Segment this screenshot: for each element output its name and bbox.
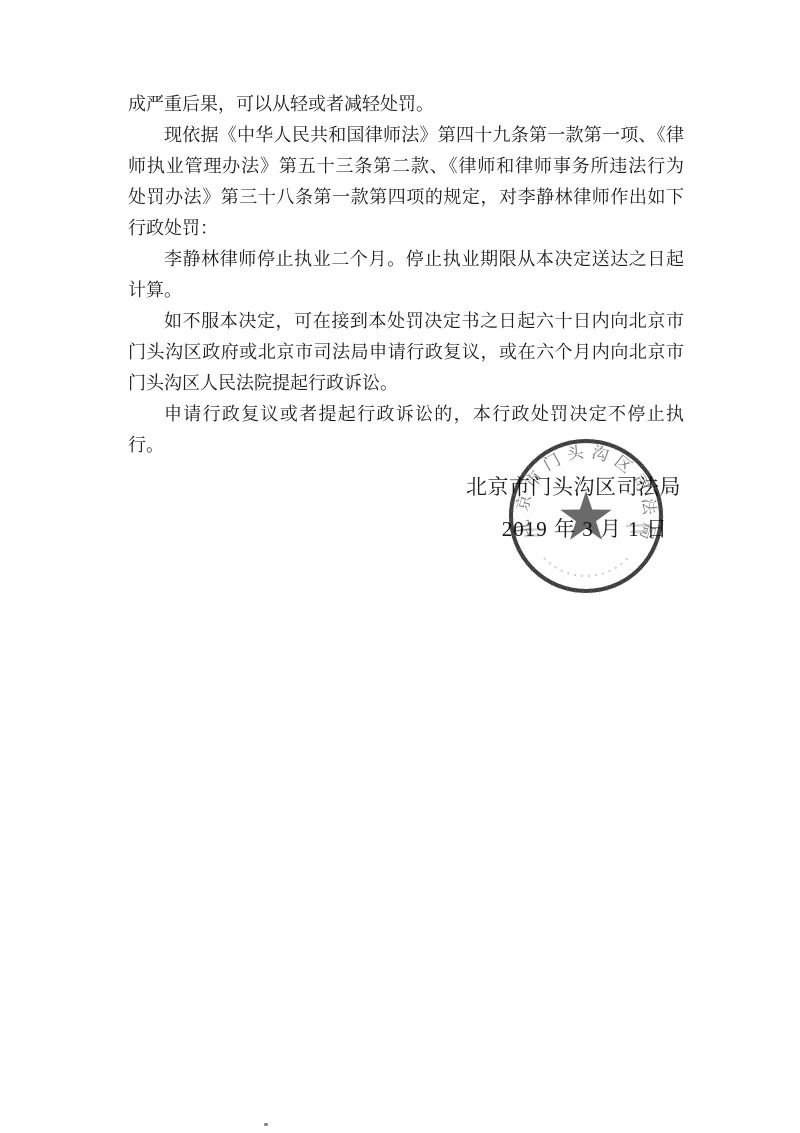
text-line: 计算。 [128, 275, 684, 306]
text-line: 现依据《中华人民共和国律师法》第四十九条第一款第一项、《律 [128, 120, 684, 151]
text-line: 如不服本决定，可在接到本处罚决定书之日起六十日内向北京市 [128, 306, 684, 337]
issue-date: 2019 年 3 月 1 日 [502, 518, 668, 540]
text-line: 门头沟区政府或北京市司法局申请行政复议，或在六个月内向北京市 [128, 337, 684, 368]
seal-bottom-dots [544, 558, 628, 576]
text-line: 成严重后果，可以从轻或者减轻处罚。 [128, 89, 684, 120]
seal-ring [511, 441, 661, 591]
paragraph: 如不服本决定，可在接到本处罚决定书之日起六十日内向北京市门头沟区政府或北京市司法… [128, 306, 684, 399]
text-line: 行。 [128, 430, 684, 461]
paragraph: 成严重后果，可以从轻或者减轻处罚。 [128, 89, 684, 120]
scan-speck [264, 1123, 268, 1126]
text-line: 师执业管理办法》第五十三条第二款、《律师和律师事务所违法行为 [128, 151, 684, 182]
text-line: 李静林律师停止执业二个月。停止执业期限从本决定送达之日起 [128, 244, 684, 275]
document-page: 成严重后果，可以从轻或者减轻处罚。现依据《中华人民共和国律师法》第四十九条第一款… [0, 0, 800, 1133]
paragraph: 申请行政复议或者提起行政诉讼的，本行政处罚决定不停止执行。 [128, 399, 684, 461]
text-line: 申请行政复议或者提起行政诉讼的，本行政处罚决定不停止执 [128, 399, 684, 430]
text-line: 门头沟区人民法院提起行政诉讼。 [128, 368, 684, 399]
text-line: 行政处罚： [128, 213, 684, 244]
seal-ring-texture [511, 441, 661, 591]
paragraph: 李静林律师停止执业二个月。停止执业期限从本决定送达之日起计算。 [128, 244, 684, 306]
text-line: 处罚办法》第三十八条第一款第四项的规定，对李静林律师作出如下 [128, 182, 684, 213]
paragraph: 现依据《中华人民共和国律师法》第四十九条第一款第一项、《律师执业管理办法》第五十… [128, 120, 684, 244]
issuer-signature: 北京市门头沟区司法局 [466, 476, 681, 498]
document-body: 成严重后果，可以从轻或者减轻处罚。现依据《中华人民共和国律师法》第四十九条第一款… [128, 89, 684, 461]
